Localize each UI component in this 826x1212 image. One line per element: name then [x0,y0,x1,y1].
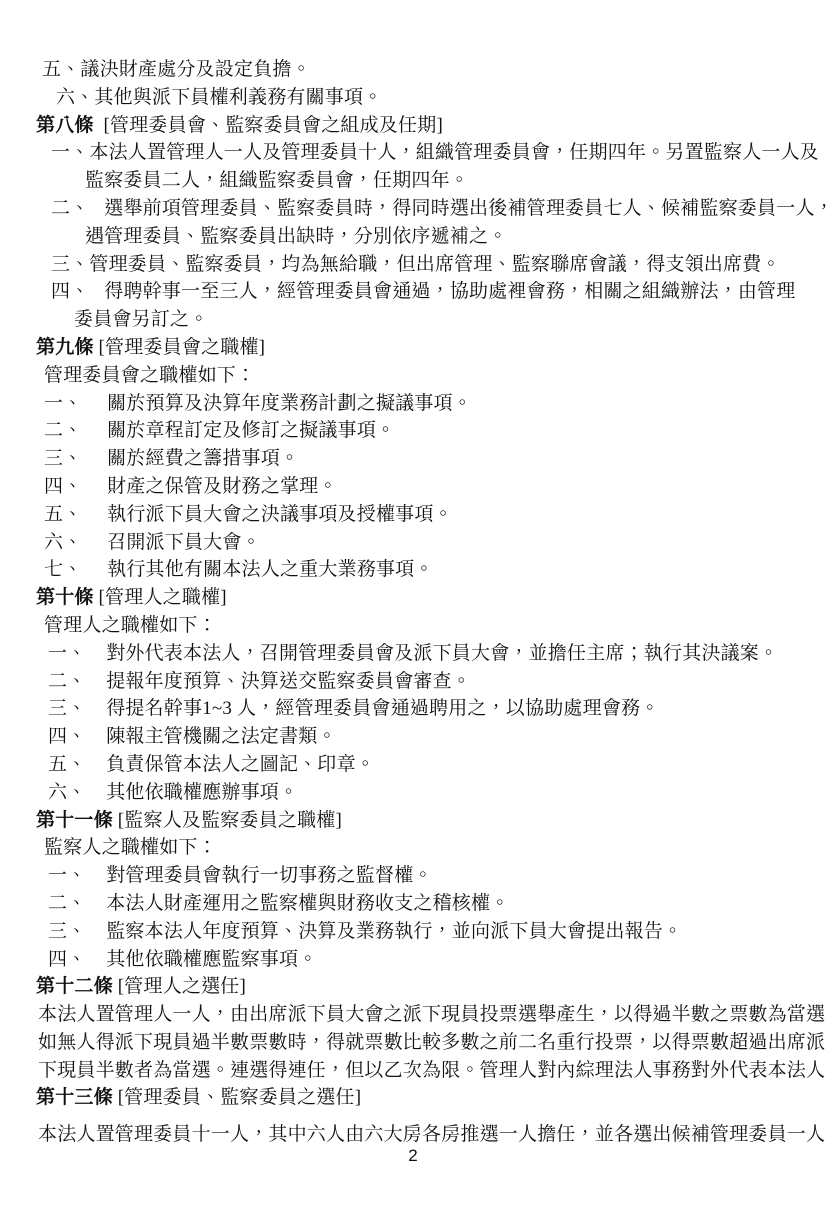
text-line: 管理委員會之職權如下： [44,362,808,390]
text-line: 四、 得聘幹事一至三人，經管理委員會通過，協助處裡會務，相關之組織辦法，由管理 [51,278,808,306]
text-line: 一、 對管理委員會執行一切事務之監督權。 [48,862,808,890]
text-line: 管理人之職權如下： [44,612,808,640]
text-line: 一、本法人置管理人一人及管理委員十人，組織管理委員會，任期四年。另置監察人一人及 [51,139,808,167]
article-title: [管理委員會之職權] [94,337,266,358]
text-line: 二、 本法人財產運用之監察權與財務收支之稽核權。 [48,890,808,918]
text-line: 本法人置管理委員十一人，其中六人由六大房各房推選一人擔任，並各選出候補管理委員一… [38,1121,808,1149]
article-number: 第八條 [36,115,94,136]
text-line: 六、 其他依職權應辦事項。 [48,779,808,807]
text-line: 三、 得提名幹事1~3 人，經管理委員會通過聘用之，以協助處理會務。 [48,695,808,723]
text-line: 五、議決財產處分及設定負擔。 [42,56,808,84]
text-line: 三、 監察本法人年度預算、決算及業務執行，並向派下員大會提出報告。 [48,918,808,946]
text-line: 本法人置管理人一人，由出席派下員大會之派下現員投票選舉產生，以得過半數之票數為當… [38,1001,808,1029]
document-page: 五、議決財產處分及設定負擔。六、其他與派下員權利義務有關事項。第八條 [管理委員… [0,0,826,1212]
article-number: 第十三條 [36,1087,113,1108]
text-line: 監察委員二人，組織監察委員會，任期四年。 [85,167,808,195]
article-heading: 第八條 [管理委員會、監察委員會之組成及任期] [36,112,808,140]
text-line: 委員會另訂之。 [74,306,808,334]
text-line: 四、 陳報主管機關之法定書類。 [48,723,808,751]
text-line: 四、 財產之保管及財務之掌理。 [44,473,808,501]
article-heading: 第九條 [管理委員會之職權] [36,334,808,362]
text-line: 如無人得派下現員過半數票數時，得就票數比較多數之前二名重行投票，以得票數超過出席… [38,1029,808,1057]
text-line: 六、 召開派下員大會。 [44,529,808,557]
text-line: 一、 對外代表本法人，召開管理委員會及派下員大會，並擔任主席；執行其決議案。 [48,640,808,668]
article-title: [監察人及監察委員之職權] [113,810,342,831]
text-line: 下現員半數者為當選。連選得連任，但以乙次為限。管理人對內綜理法人事務對外代表本法… [38,1057,808,1085]
text-line: 三、 關於經費之籌措事項。 [44,445,808,473]
article-title: [管理委員會、監察委員會之組成及任期] [94,115,443,136]
text-line: 一、 關於預算及決算年度業務計劃之擬議事項。 [44,390,808,418]
text-line: 三、管理委員、監察委員，均為無給職，但出席管理、監察聯席會議，得支領出席費。 [51,251,808,279]
text-line: 六、其他與派下員權利義務有關事項。 [56,84,808,112]
article-heading: 第十二條 [管理人之選任] [36,973,808,1001]
text-line: 五、 執行派下員大會之決議事項及授權事項。 [44,501,808,529]
article-number: 第九條 [36,337,94,358]
article-number: 第十一條 [36,810,113,831]
article-number: 第十二條 [36,976,113,997]
article-heading: 第十條 [管理人之職權] [36,584,808,612]
article-heading: 第十一條 [監察人及監察委員之職權] [36,807,808,835]
article-number: 第十條 [36,587,94,608]
text-line: 七、 執行其他有關本法人之重大業務事項。 [44,556,808,584]
article-title: [管理委員、監察委員之選任] [113,1087,361,1108]
text-line: 二、 選舉前項管理委員、監察委員時，得同時選出後補管理委員七人、候補監察委員一人… [51,195,808,223]
document-body: 五、議決財產處分及設定負擔。六、其他與派下員權利義務有關事項。第八條 [管理委員… [0,56,808,1149]
text-line: 二、 關於章程訂定及修訂之擬議事項。 [44,417,808,445]
text-line: 監察人之職權如下： [44,834,808,862]
text-line: 五、 負責保管本法人之圖記、印章。 [48,751,808,779]
article-title: [管理人之選任] [113,976,246,997]
article-heading: 第十三條 [管理委員、監察委員之選任] [36,1084,808,1112]
article-title: [管理人之職權] [94,587,227,608]
page-number: 2 [0,1146,826,1166]
text-line: 二、 提報年度預算、決算送交監察委員會審查。 [48,668,808,696]
text-line: 遇管理委員、監察委員出缺時，分別依序遞補之。 [85,223,808,251]
text-line: 四、 其他依職權應監察事項。 [48,946,808,974]
